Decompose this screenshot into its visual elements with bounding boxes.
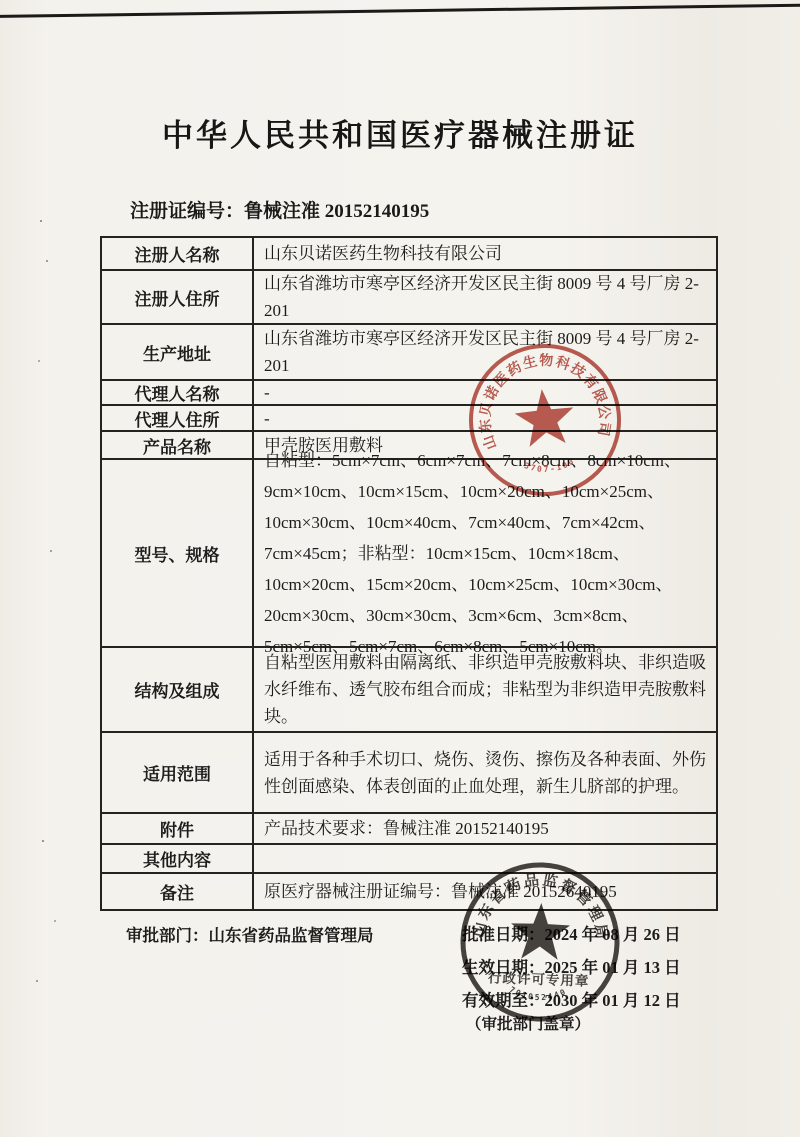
row-value-production-address: 山东省潍坊市寒亭区经济开发区民主街 8009 号 4 号厂房 2-201: [254, 325, 716, 379]
row-value-registrant-address: 山东省潍坊市寒亭区经济开发区民主街 8009 号 4 号厂房 2-201: [254, 271, 716, 323]
approval-department-value: 山东省药品监督管理局: [209, 926, 374, 945]
registration-number-label: 注册证编号：: [130, 201, 244, 222]
row-label-scope-of-application: 适用范围: [102, 733, 254, 812]
row-label-models-specs: 型号、规格: [102, 460, 254, 646]
row-label-remarks: 备注: [102, 874, 254, 909]
effective-date-value: 2025 年 01 月 13 日: [545, 958, 681, 977]
row-label-product-name: 产品名称: [102, 432, 254, 458]
row-value-registrant-name: 山东贝诺医药生物科技有限公司: [254, 238, 716, 269]
table-row: 型号、规格 自粘型：5cm×7cm、6cm×7cm、7cm×8cm、8cm×10…: [102, 460, 716, 648]
row-value-scope-of-application: 适用于各种手术切口、烧伤、烫伤、擦伤及各种表面、外伤性创面感染、体表创面的止血处…: [254, 733, 716, 812]
table-row: 附件 产品技术要求：鲁械注准 20152140195: [102, 814, 716, 845]
table-row: 备注 原医疗器械注册证编号：鲁械注准 20152640195: [102, 874, 716, 909]
row-label-agent-address: 代理人住所: [102, 406, 254, 430]
row-value-agent-address: -: [254, 406, 716, 430]
approval-date-line: 批准日期：2024 年 08 月 26 日: [462, 918, 681, 951]
certificate-table: 注册人名称 山东贝诺医药生物科技有限公司 注册人住所 山东省潍坊市寒亭区经济开发…: [100, 236, 718, 911]
table-row: 代理人住所 -: [102, 406, 716, 432]
certificate-dates: 批准日期：2024 年 08 月 26 日 生效日期：2025 年 01 月 1…: [462, 918, 681, 1017]
approval-department-label: 审批部门：: [126, 926, 209, 945]
row-label-registrant-address: 注册人住所: [102, 271, 254, 323]
approval-date-value: 2024 年 08 月 26 日: [545, 925, 681, 944]
registration-number-value: 鲁械注准 20152140195: [244, 201, 429, 222]
table-row: 代理人名称 -: [102, 381, 716, 406]
row-label-registrant-name: 注册人名称: [102, 238, 254, 269]
table-row: 结构及组成 自粘型医用敷料由隔离纸、非织造甲壳胺敷料块、非织造吸水纤维布、透气胶…: [102, 648, 716, 733]
row-label-structure-composition: 结构及组成: [102, 648, 254, 731]
registration-number-line: 注册证编号：鲁械注准 20152140195: [130, 196, 429, 223]
seal-here-note: （审批部门盖章）: [466, 1012, 590, 1034]
effective-date-line: 生效日期：2025 年 01 月 13 日: [462, 951, 681, 984]
row-value-models-specs: 自粘型：5cm×7cm、6cm×7cm、7cm×8cm、8cm×10cm、9cm…: [254, 460, 716, 646]
expiry-date-value: 2030 年 01 月 12 日: [545, 991, 681, 1010]
row-value-agent-name: -: [254, 381, 716, 404]
table-row: 生产地址 山东省潍坊市寒亭区经济开发区民主街 8009 号 4 号厂房 2-20…: [102, 325, 716, 381]
row-value-remarks: 原医疗器械注册证编号：鲁械注准 20152640195: [254, 874, 716, 909]
table-row: 适用范围 适用于各种手术切口、烧伤、烫伤、擦伤及各种表面、外伤性创面感染、体表创…: [102, 733, 716, 814]
approval-date-label: 批准日期：: [462, 925, 545, 944]
row-value-attachment: 产品技术要求：鲁械注准 20152140195: [254, 814, 716, 843]
row-label-other-content: 其他内容: [102, 845, 254, 872]
row-label-production-address: 生产地址: [102, 325, 254, 379]
approval-department-line: 审批部门：山东省药品监督管理局: [126, 922, 374, 946]
table-row: 其他内容: [102, 845, 716, 874]
row-value-structure-composition: 自粘型医用敷料由隔离纸、非织造甲壳胺敷料块、非织造吸水纤维布、透气胶布组合而成；…: [254, 648, 716, 731]
row-value-other-content: [254, 845, 716, 872]
table-row: 注册人住所 山东省潍坊市寒亭区经济开发区民主街 8009 号 4 号厂房 2-2…: [102, 271, 716, 325]
scan-edge-artifact: [0, 4, 800, 18]
row-label-agent-name: 代理人名称: [102, 381, 254, 404]
scan-noise-speckles: [40, 220, 42, 222]
row-label-attachment: 附件: [102, 814, 254, 843]
table-row: 注册人名称 山东贝诺医药生物科技有限公司: [102, 238, 716, 271]
effective-date-label: 生效日期：: [462, 958, 545, 977]
certificate-title: 中华人民共和国医疗器械注册证: [0, 110, 800, 155]
expiry-date-label: 有效期至：: [462, 991, 545, 1010]
